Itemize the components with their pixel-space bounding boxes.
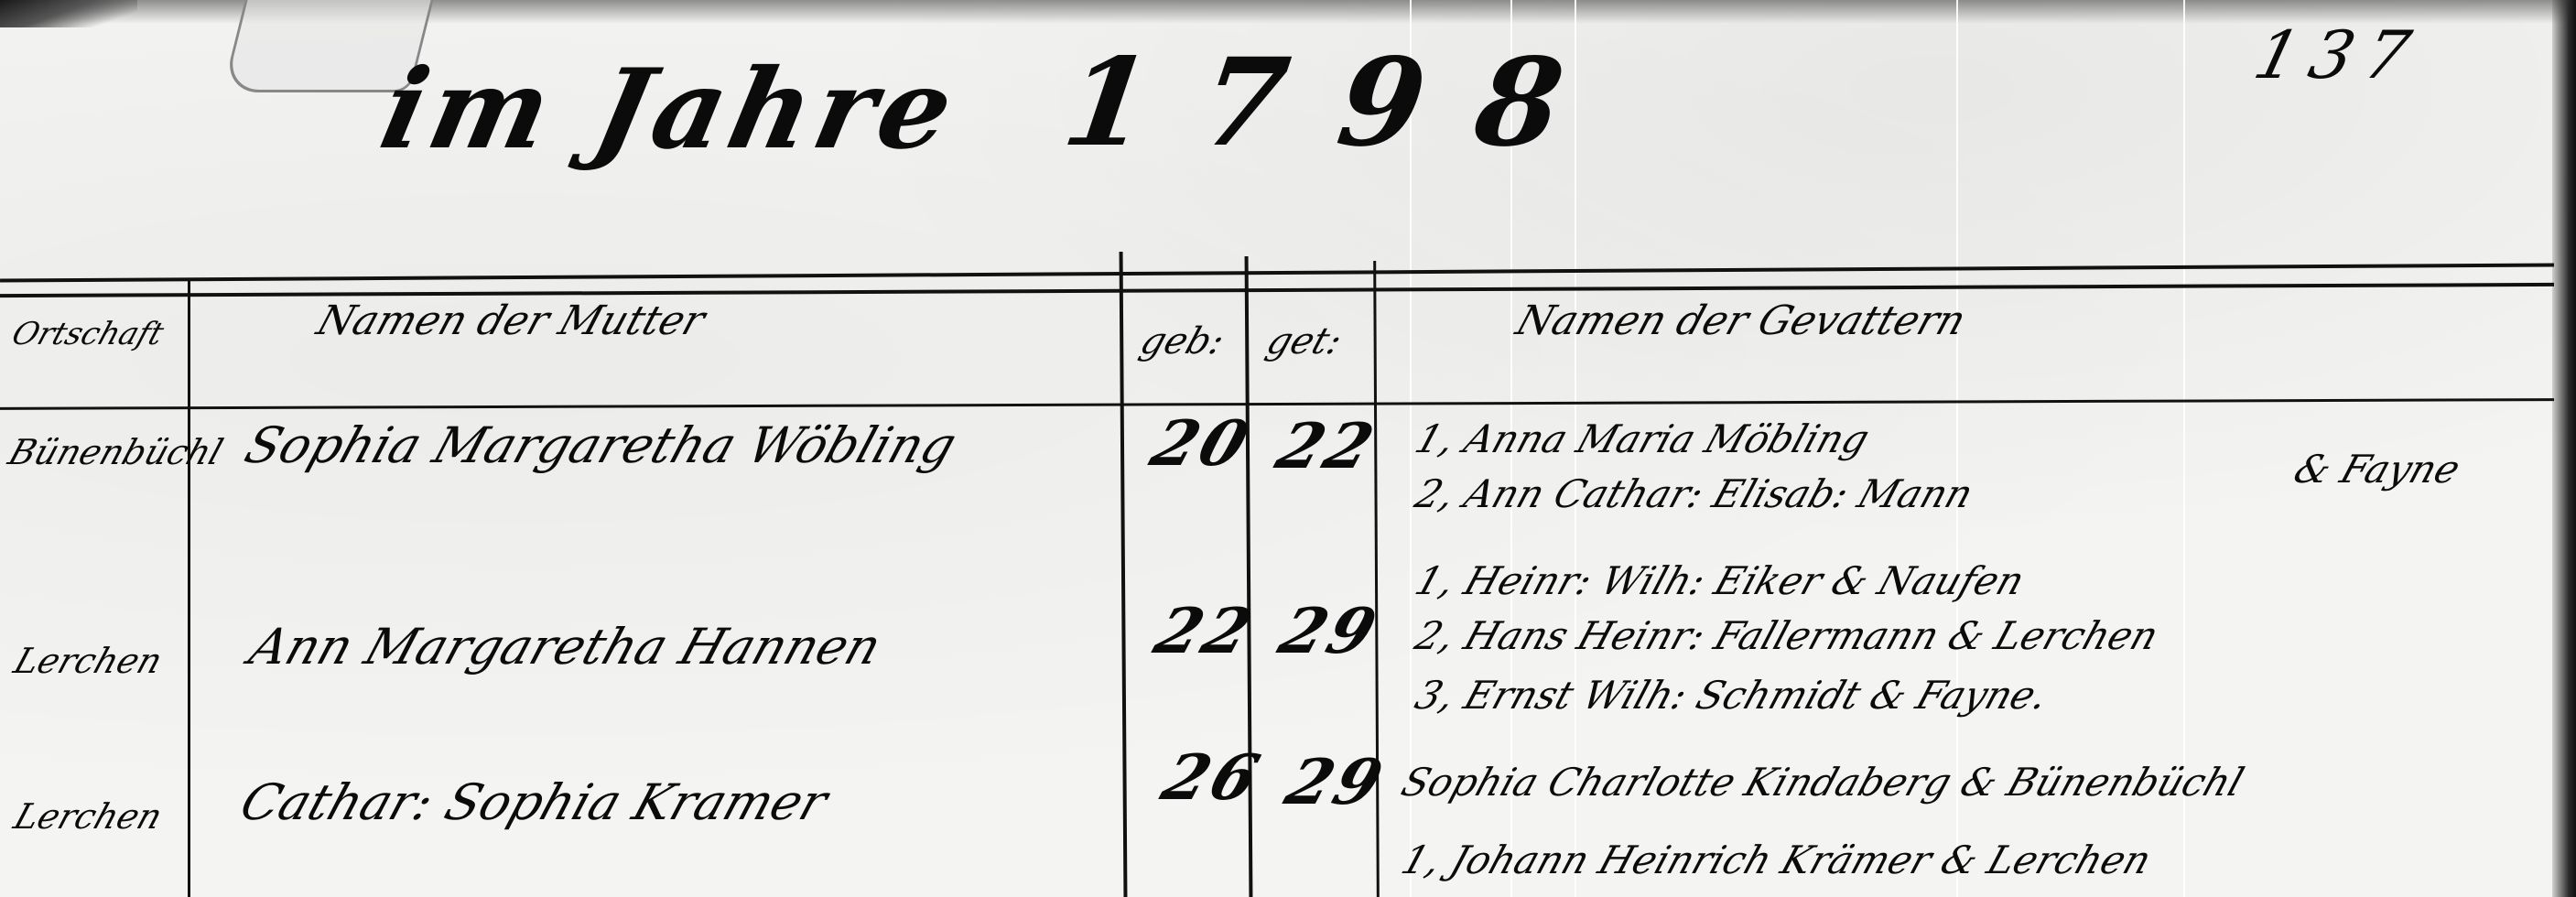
row-mother: Cathar: Sophia Kramer bbox=[233, 773, 835, 831]
row-godparent: 3, Ernst Wilh: Schmidt & Fayne. bbox=[1410, 673, 2054, 718]
row-mother: Ann Margaretha Hannen bbox=[243, 618, 888, 675]
table-top-rule-inner bbox=[0, 283, 2554, 297]
column-header-godparents: Namen der Gevattern bbox=[1510, 297, 1972, 344]
row-mother: Sophia Margaretha Wöbling bbox=[238, 416, 963, 474]
page-number: 137 bbox=[2247, 16, 2430, 93]
row-godparent: 2, Hans Heinr: Fallermann & Lerchen bbox=[1410, 613, 2164, 658]
page-heading: im Jahre 1798 bbox=[384, 18, 1614, 174]
row-godparent: Sophia Charlotte Kindaberg & Bünenbüchl bbox=[1396, 760, 2249, 805]
book-spine bbox=[2552, 0, 2576, 897]
column-divider bbox=[1120, 252, 1128, 897]
row-place: Lerchen bbox=[9, 641, 168, 681]
heading-prefix: im Jahre bbox=[371, 45, 969, 174]
row-born: 22 bbox=[1146, 595, 1264, 668]
row-godparent-note: & Fayne bbox=[2289, 447, 2466, 492]
row-godparent: 1, Johann Heinrich Krämer & Lerchen bbox=[1396, 838, 2157, 882]
row-godparent: 1, Anna Maria Möbling bbox=[1410, 416, 1875, 461]
row-baptized: 29 bbox=[1271, 595, 1389, 668]
row-baptized: 22 bbox=[1268, 410, 1386, 483]
register-page: im Jahre 1798 137 Ortschaft Namen der Mu… bbox=[0, 0, 2576, 897]
row-born: 26 bbox=[1153, 741, 1272, 815]
row-godparent: 1, Heinr: Wilh: Eiker & Naufen bbox=[1410, 558, 2030, 603]
row-godparent: 2, Ann Cathar: Elisab: Mann bbox=[1410, 471, 1978, 516]
heading-year: 1798 bbox=[1055, 32, 1624, 174]
header-bottom-rule bbox=[0, 398, 2554, 410]
column-header-place: Ortschaft bbox=[7, 316, 168, 352]
column-divider bbox=[188, 279, 190, 897]
binding-corner bbox=[0, 0, 137, 27]
column-header-mother: Namen der Mutter bbox=[311, 297, 710, 344]
row-place: Bünenbüchl bbox=[4, 432, 228, 472]
row-born: 20 bbox=[1142, 407, 1261, 481]
column-header-baptized: get: bbox=[1261, 320, 1348, 362]
column-header-born: geb: bbox=[1135, 320, 1229, 362]
table-top-rule bbox=[0, 263, 2554, 282]
row-place: Lerchen bbox=[9, 796, 168, 837]
